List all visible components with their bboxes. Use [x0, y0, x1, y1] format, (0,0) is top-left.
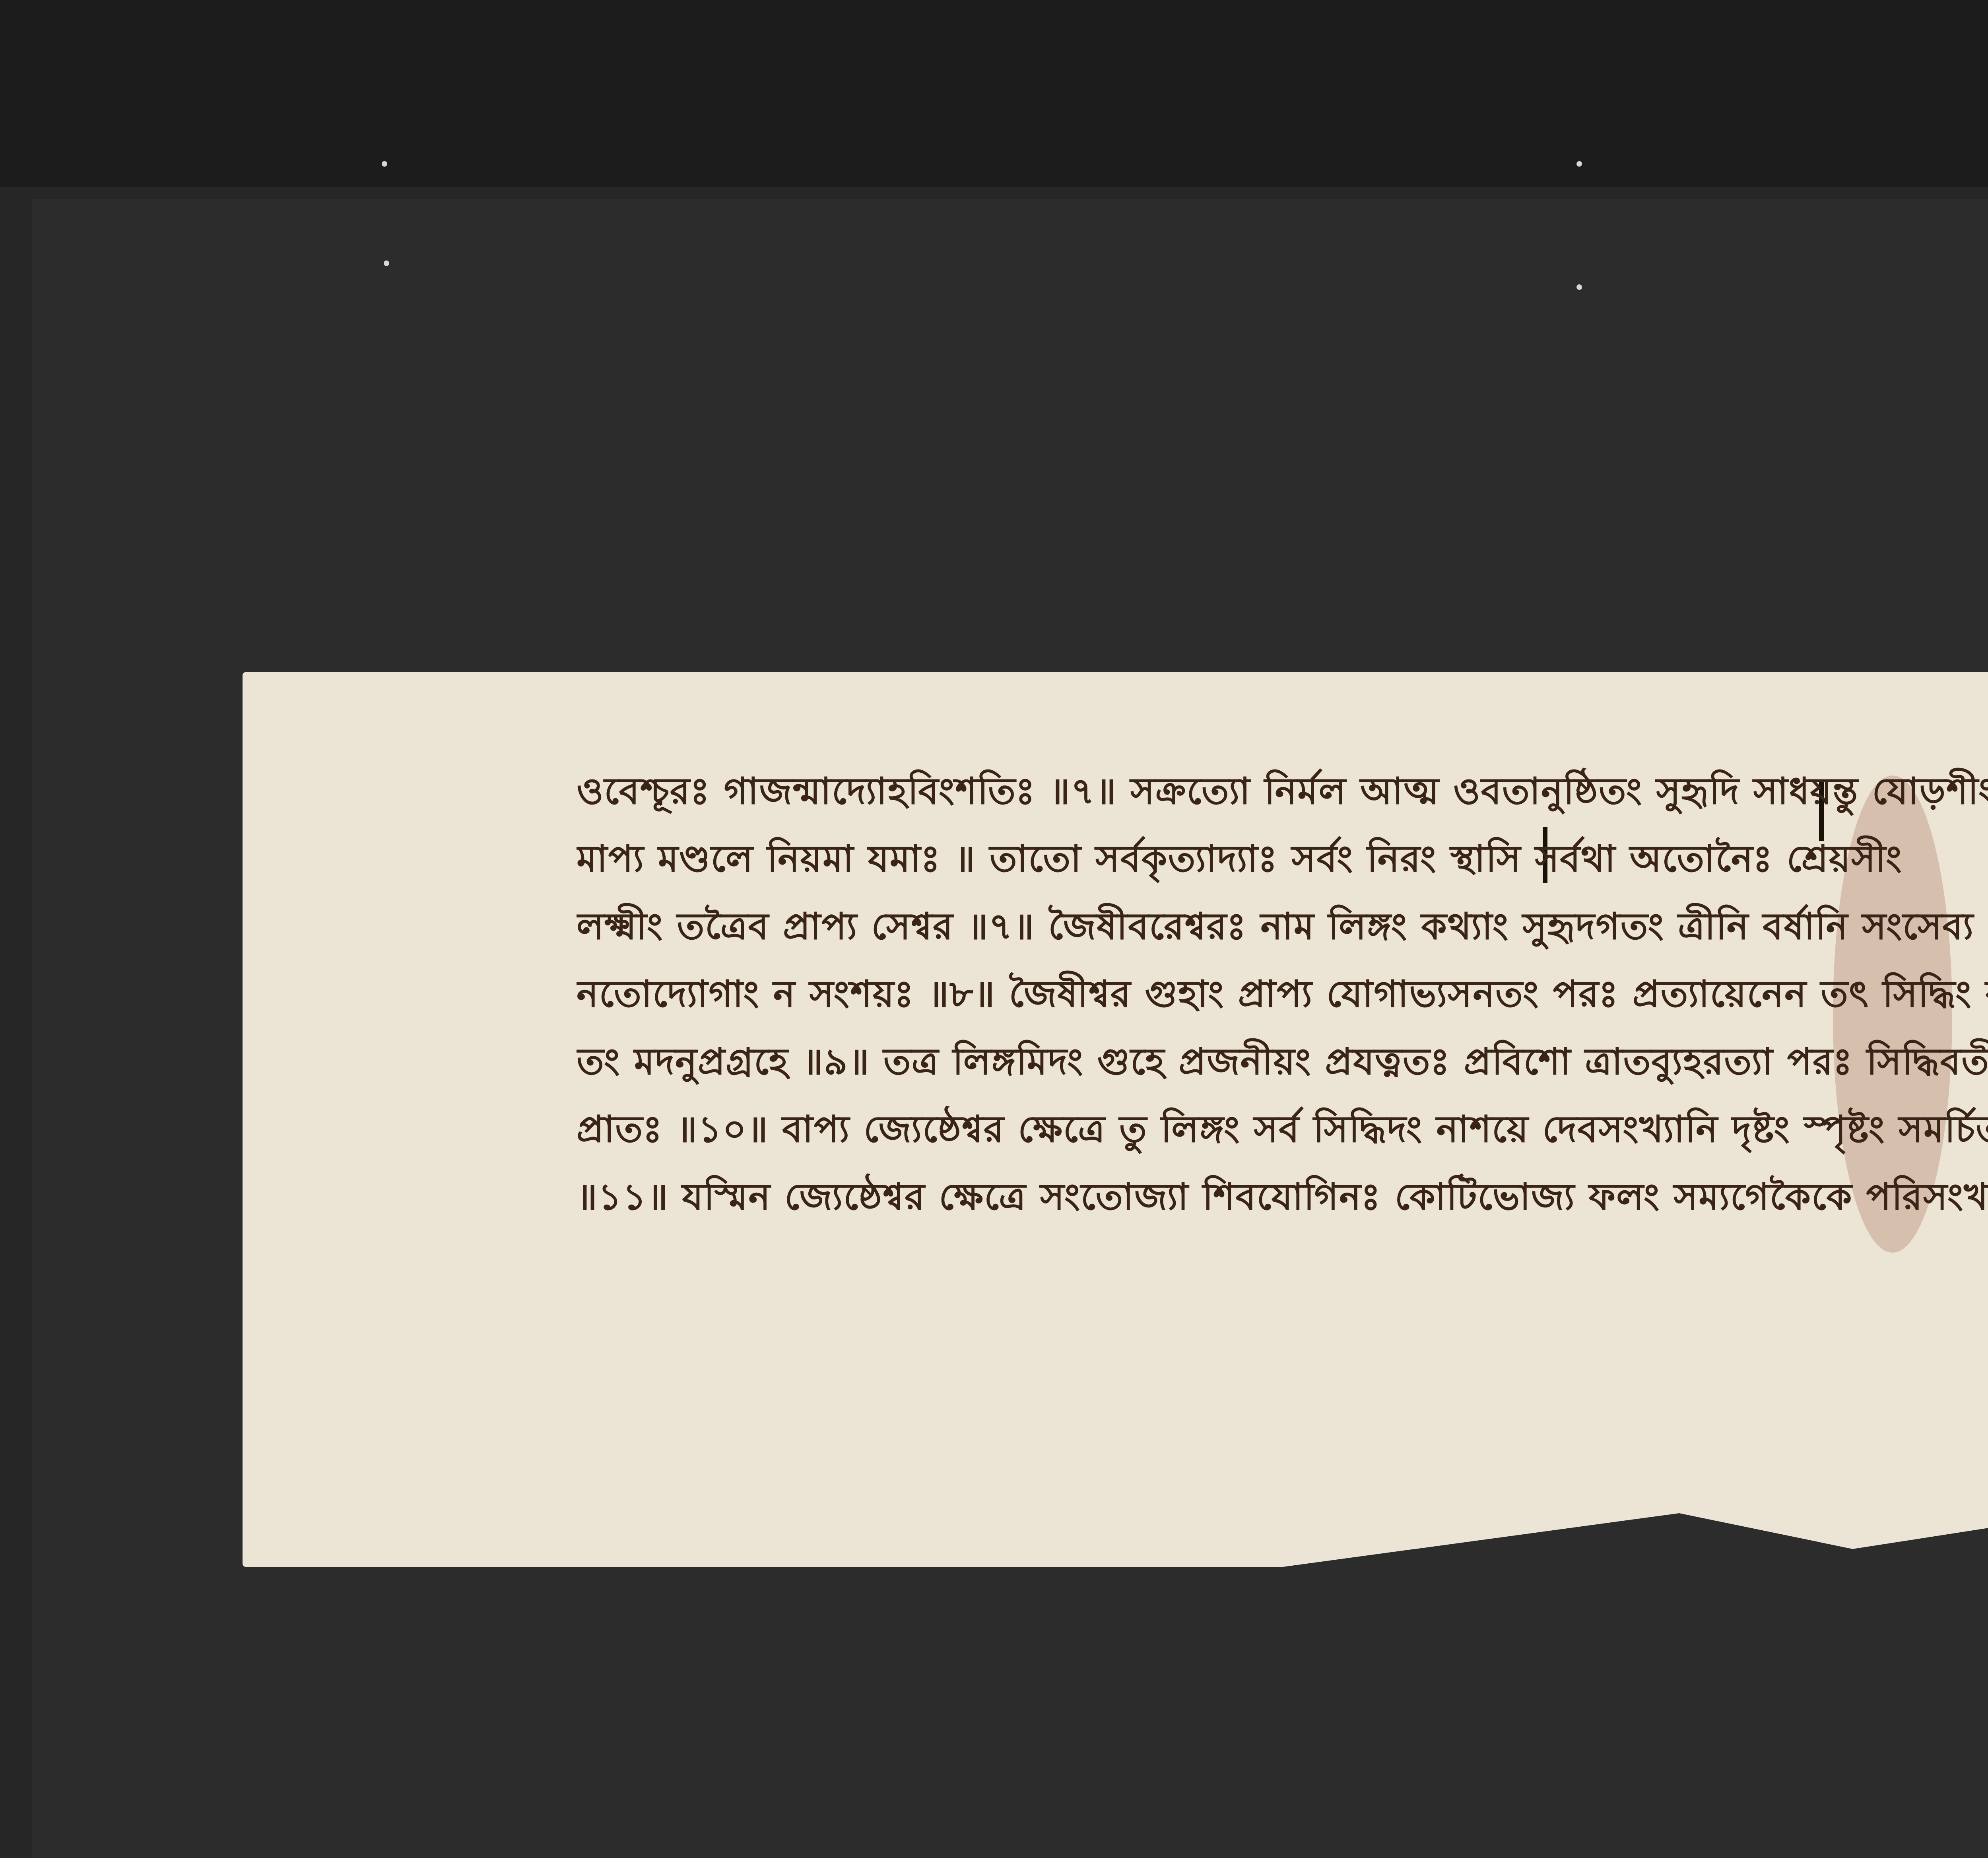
manuscript-text: ওবেশ্চূরঃ গাজন্মাদ্যোহবিংশতিঃ ॥৭॥ সক্রত্… — [577, 758, 1988, 1231]
pin — [382, 161, 387, 167]
pin — [1576, 161, 1582, 167]
text-line-6: প্রাতঃ ॥১০॥ বাপ্য জ্যেষ্ঠেশ্বর ক্ষেত্রে … — [577, 1096, 1988, 1163]
text-line-1: ওবেশ্চূরঃ গাজন্মাদ্যোহবিংশতিঃ ॥৭॥ সক্রত্… — [577, 758, 1988, 825]
text-line-3: লক্ষ্মীং তত্রৈব প্রাপ্য সেশ্বর ॥৭॥ জৈষীব… — [577, 893, 1988, 960]
background-top-strip — [0, 0, 1988, 187]
manuscript-leaf: ওবেশ্চূরঃ গাজন্মাদ্যোহবিংশতিঃ ॥৭॥ সক্রত্… — [243, 672, 1988, 1567]
text-line-4: নতোদ্যোগাং ন সংশয়ঃ ॥৮॥ জৈষীশ্বর গুহাং প… — [577, 960, 1988, 1028]
text-line-7: ॥১১॥ যস্মিন জ্যেষ্ঠেশ্বর ক্ষেত্রে সংতোজ্… — [577, 1163, 1988, 1231]
pin — [1576, 284, 1582, 290]
text-line-5: তং মদনুপ্রগ্রহে ॥৯॥ তত্র লিঙ্গমিদং গুহে … — [577, 1028, 1988, 1096]
pin — [384, 260, 389, 266]
text-line-2: মাপ্য মণ্ডলে নিয়মা যমাঃ ॥ তাতো সর্বকৃত্… — [577, 825, 1988, 893]
